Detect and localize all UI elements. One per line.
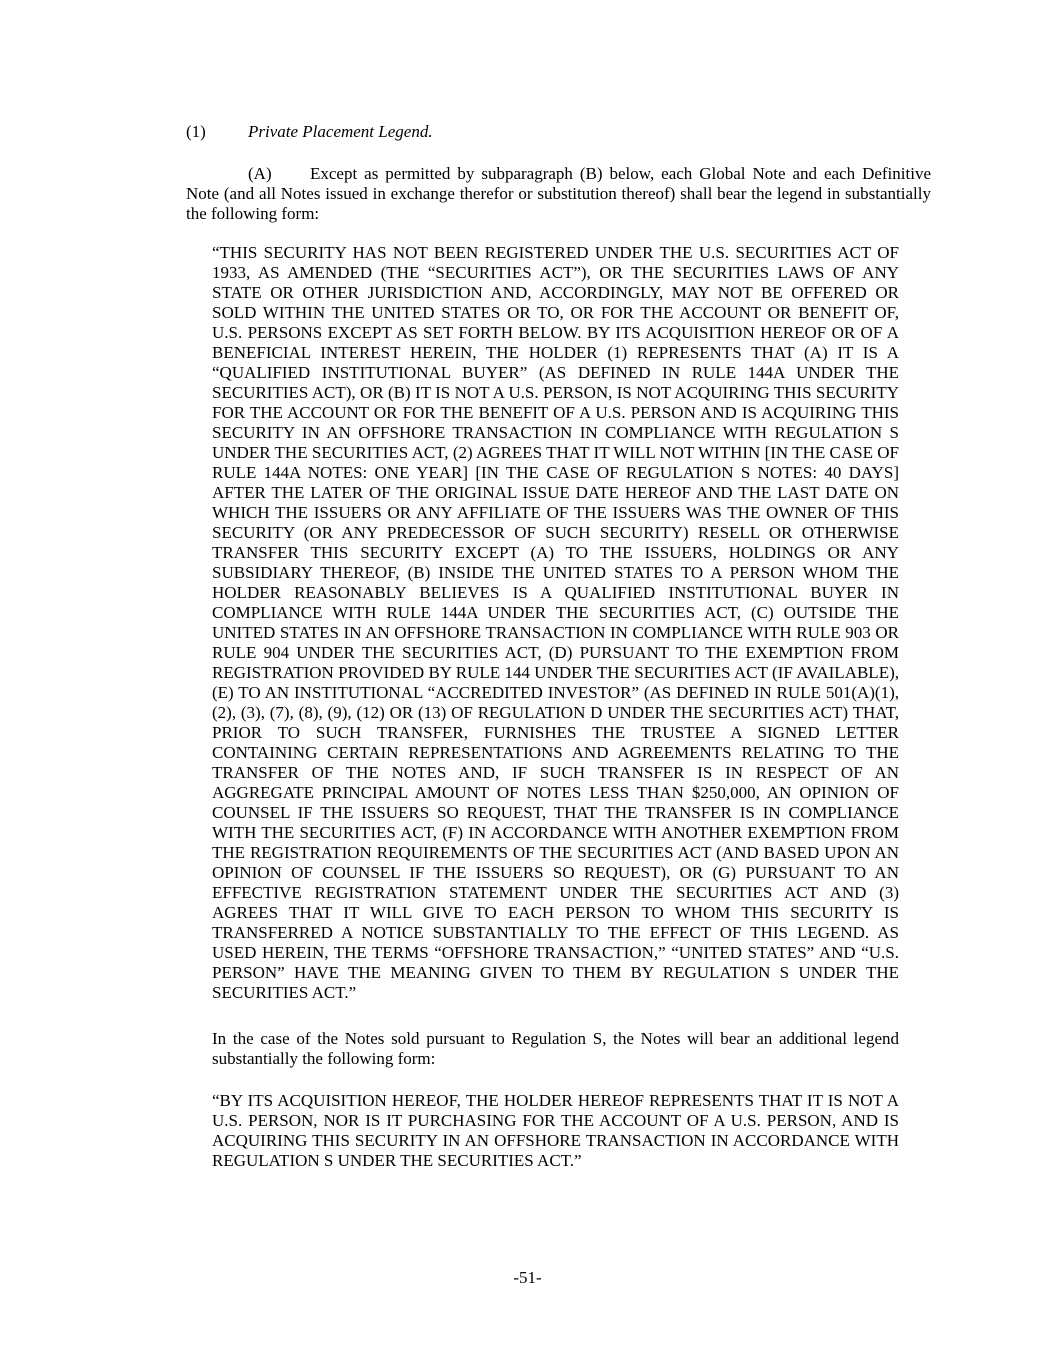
document-page: (1)Private Placement Legend. (A)Except a…: [0, 0, 1055, 1365]
page-body: (1)Private Placement Legend. (A)Except a…: [186, 122, 931, 1171]
section-title: Private Placement Legend.: [248, 122, 433, 141]
legend-primary: “THIS SECURITY HAS NOT BEEN REGISTERED U…: [212, 243, 899, 1003]
paragraph-a: (A)Except as permitted by subparagraph (…: [186, 164, 931, 224]
legend-reg-s: “BY ITS ACQUISITION HEREOF, THE HOLDER H…: [212, 1091, 899, 1171]
paragraph-reg-s: In the case of the Notes sold pursuant t…: [212, 1029, 899, 1069]
section-number: (1): [186, 122, 248, 142]
section-heading: (1)Private Placement Legend.: [186, 122, 931, 142]
page-number: -51-: [0, 1268, 1055, 1288]
paragraph-a-label: (A): [248, 164, 310, 184]
